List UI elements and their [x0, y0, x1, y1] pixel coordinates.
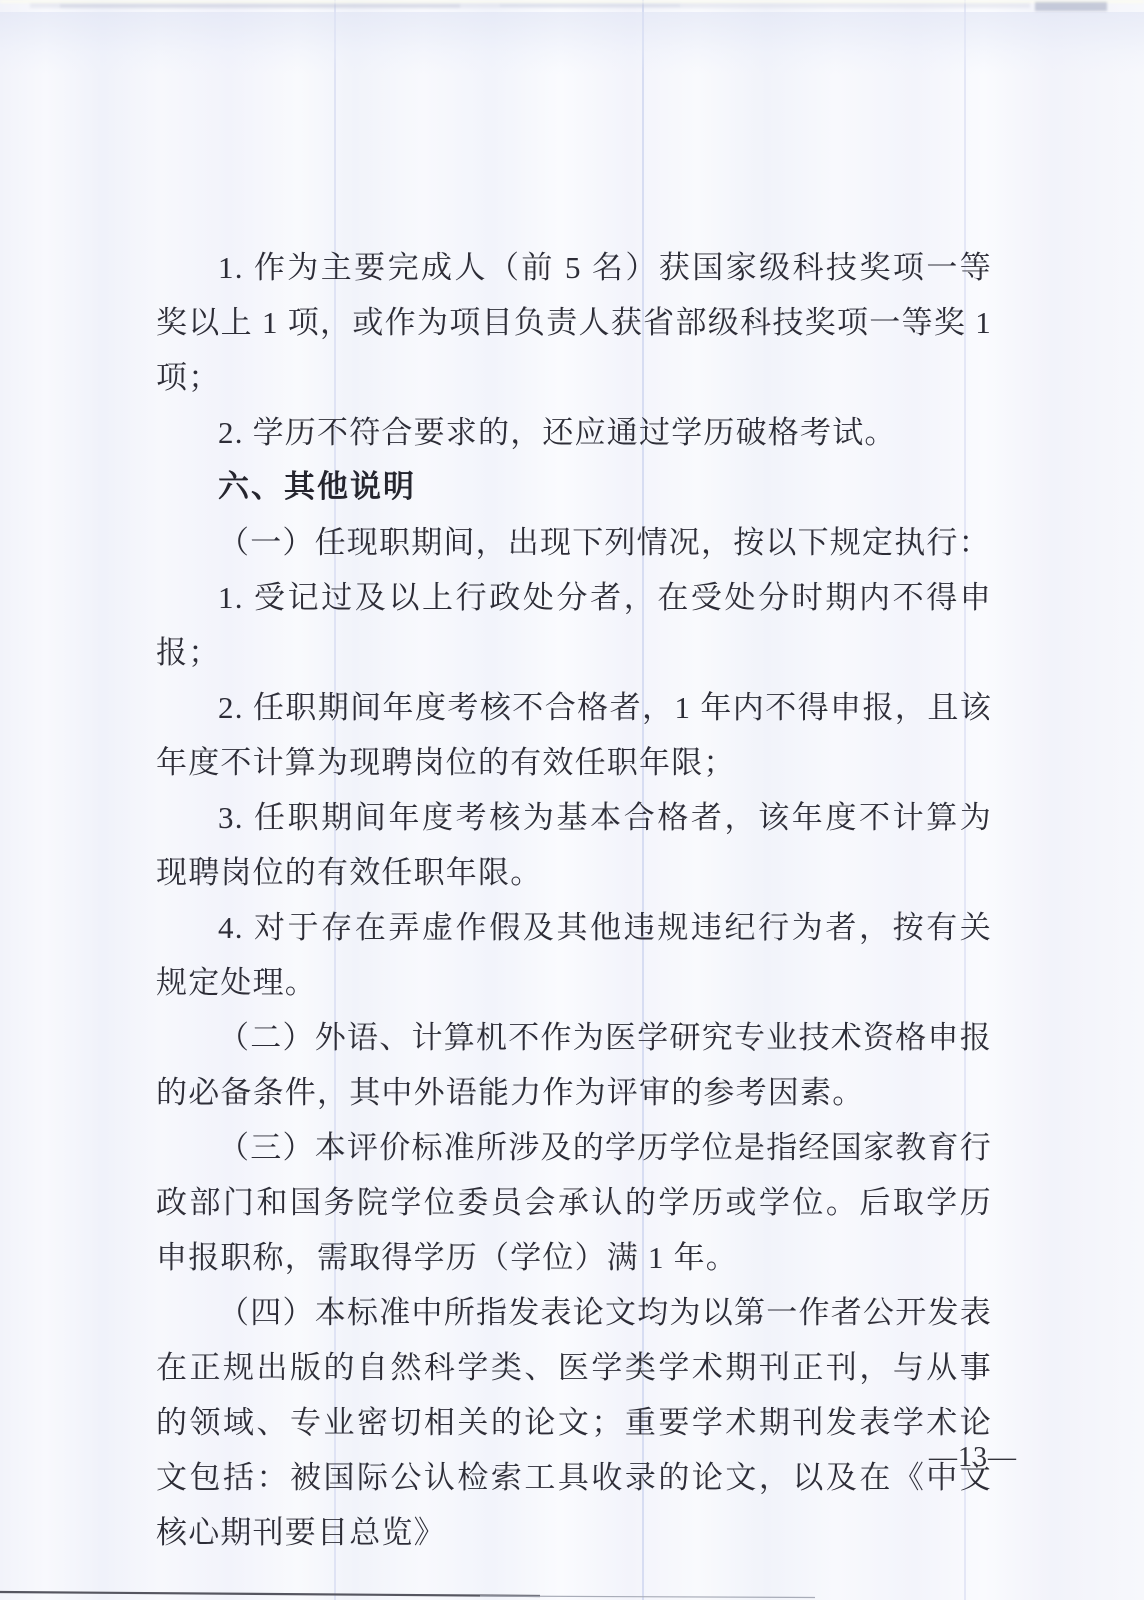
paragraph: 1. 作为主要完成人（前 5 名）获国家级科技奖项一等奖以上 1 项，或作为项目…: [156, 240, 992, 405]
paragraph: 2. 任职期间年度考核不合格者，1 年内不得申报，且该年度不计算为现聘岗位的有效…: [156, 680, 992, 790]
scan-artifact-top-edge: [0, 0, 1144, 14]
paragraph: （二）外语、计算机不作为医学研究专业技术资格申报的必备条件，其中外语能力作为评审…: [156, 1010, 992, 1120]
paragraph: 1. 受记过及以上行政处分者，在受处分时期内不得申报；: [156, 570, 992, 680]
section-heading: 六、其他说明: [156, 460, 992, 515]
paragraph: （四）本标准中所指发表论文均为以第一作者公开发表在正规出版的自然科学类、医学类学…: [156, 1285, 992, 1560]
scan-band-top: [0, 12, 1144, 74]
scanned-page: 1. 作为主要完成人（前 5 名）获国家级科技奖项一等奖以上 1 项，或作为项目…: [0, 0, 1144, 1600]
paragraph: （一）任现职期间，出现下列情况，按以下规定执行：: [156, 515, 992, 570]
page-number: —13—: [918, 1442, 1028, 1474]
paragraph: （三）本评价标准所涉及的学历学位是指经国家教育行政部门和国务院学位委员会承认的学…: [156, 1120, 992, 1285]
paragraph: 3. 任职期间年度考核为基本合格者，该年度不计算为现聘岗位的有效任职年限。: [156, 790, 992, 900]
scan-artifact-bottom-edge: [0, 1586, 1144, 1600]
document-body: 1. 作为主要完成人（前 5 名）获国家级科技奖项一等奖以上 1 项，或作为项目…: [156, 240, 992, 1560]
paragraph: 2. 学历不符合要求的，还应通过学历破格考试。: [156, 405, 992, 460]
paragraph: 4. 对于存在弄虚作假及其他违规违纪行为者，按有关规定处理。: [156, 900, 992, 1010]
